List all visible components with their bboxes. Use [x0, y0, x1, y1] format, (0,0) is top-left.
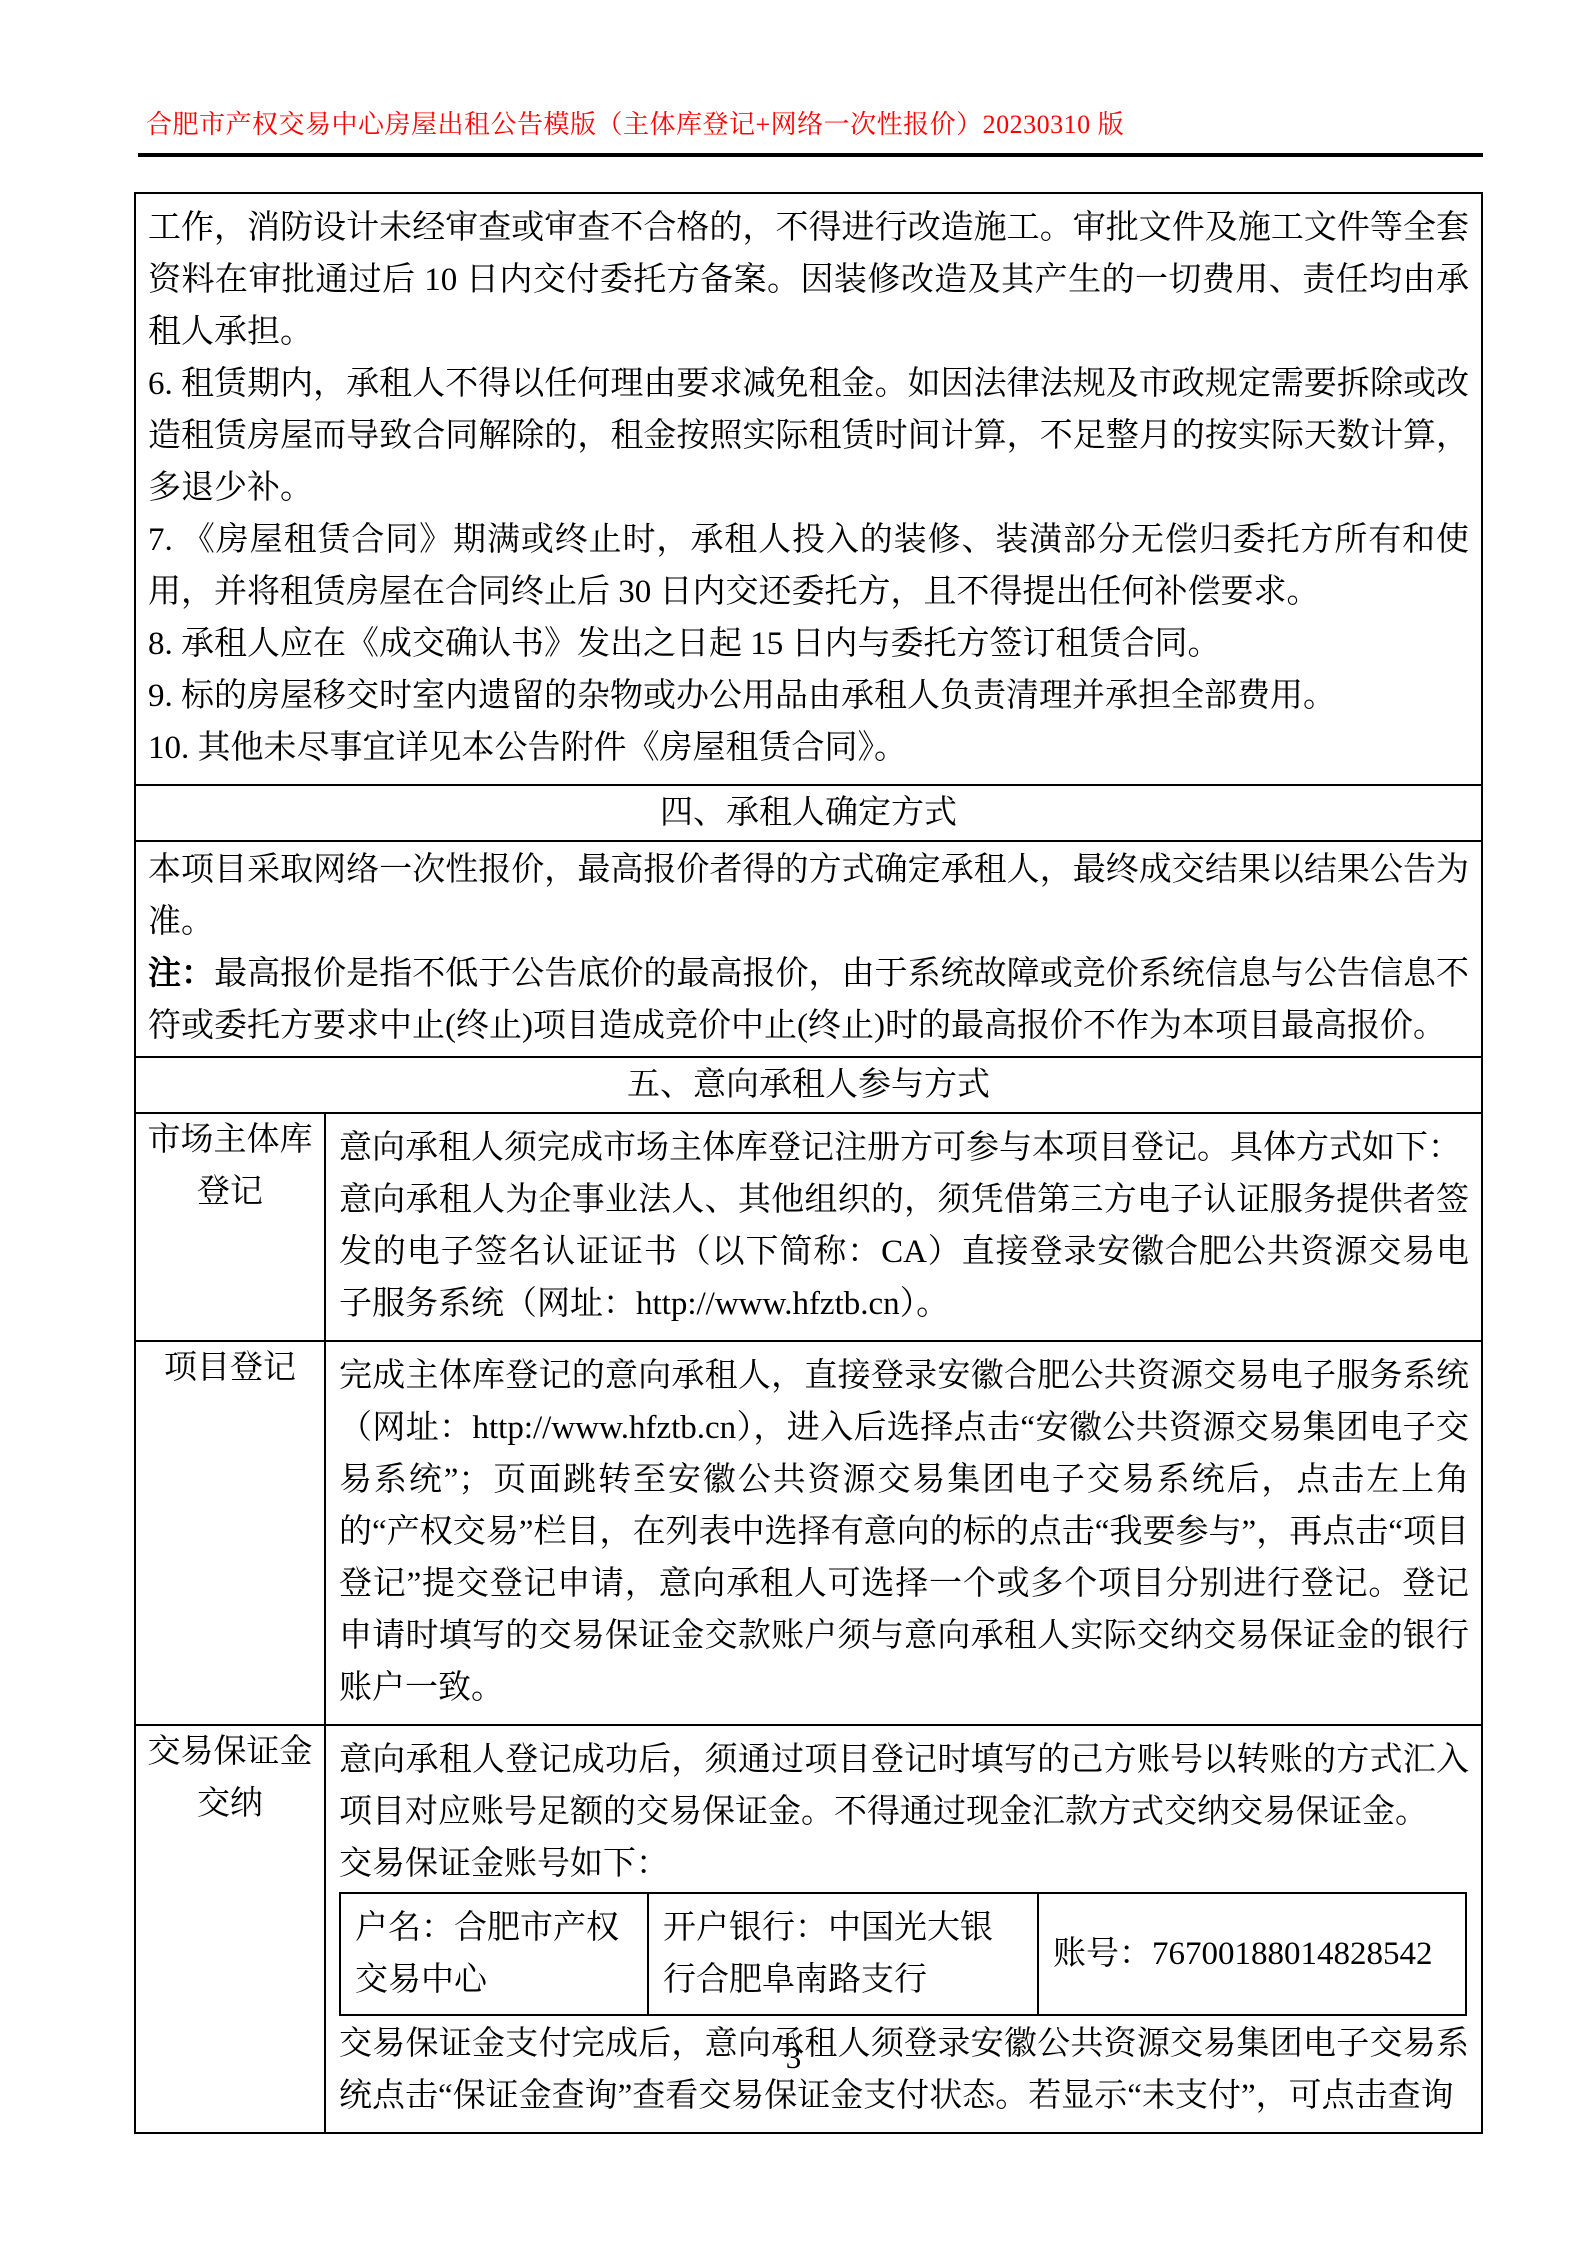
- bank-cell: 开户银行：中国光大银行合肥阜南路支行: [648, 1893, 1038, 2015]
- document-page: 合肥市产权交易中心房屋出租公告模版（主体库登记+网络一次性报价）20230310…: [0, 0, 1587, 2245]
- body-line: 本项目采取网络一次性报价，最高报价者得的方式确定承租人，最终成交结果以结果公告为…: [148, 852, 1469, 940]
- account-number-cell: 账号：76700188014828542: [1038, 1893, 1466, 2015]
- deposit-intro: 意向承租人登记成功后，须通过项目登记时填写的己方账号以转账的方式汇入项目对应账号…: [339, 1734, 1469, 1838]
- deposit-account-heading: 交易保证金账号如下：: [339, 1838, 1469, 1890]
- doc-title: 合肥市产权交易中心房屋出租公告模版（主体库登记+网络一次性报价）20230310…: [146, 110, 1124, 140]
- section-four-title: 四、承租人确定方式: [135, 785, 1482, 841]
- paragraph: 意向承租人须完成市场主体库登记注册方可参与本项目登记。具体方式如下：: [339, 1122, 1469, 1174]
- paragraph: 9. 标的房屋移交时室内遗留的杂物或办公用品由承租人负责清理并承担全部费用。: [148, 670, 1469, 722]
- main-table: 工作，消防设计未经审查或审查不合格的，不得进行改造施工。审批文件及施工文件等全套…: [134, 192, 1483, 2134]
- table-row: 工作，消防设计未经审查或审查不合格的，不得进行改造施工。审批文件及施工文件等全套…: [135, 193, 1482, 785]
- market-registration-content: 意向承租人须完成市场主体库登记注册方可参与本项目登记。具体方式如下： 意向承租人…: [325, 1113, 1482, 1341]
- paragraph: 工作，消防设计未经审查或审查不合格的，不得进行改造施工。审批文件及施工文件等全套…: [148, 202, 1469, 358]
- account-table: 户名：合肥市产权交易中心 开户银行：中国光大银行合肥阜南路支行 账号：76700…: [339, 1892, 1467, 2016]
- section-five-title: 五、意向承租人参与方式: [135, 1057, 1482, 1113]
- row-label-project-registration: 项目登记: [135, 1341, 325, 1725]
- paragraph: 8. 承租人应在《成交确认书》发出之日起 15 日内与委托方签订租赁合同。: [148, 618, 1469, 670]
- note-body: 最高报价是指不低于公告底价的最高报价，由于系统故障或竞价系统信息与公告信息不符或…: [148, 956, 1469, 1044]
- general-terms-cell: 工作，消防设计未经审查或审查不合格的，不得进行改造施工。审批文件及施工文件等全套…: [135, 193, 1482, 785]
- section-four-note: 注：最高报价是指不低于公告底价的最高报价，由于系统故障或竞价系统信息与公告信息不…: [148, 948, 1469, 1052]
- paragraph: 6. 租赁期内，承租人不得以任何理由要求减免租金。如因法律法规及市政规定需要拆除…: [148, 358, 1469, 514]
- table-row: 项目登记 完成主体库登记的意向承租人，直接登录安徽合肥公共资源交易电子服务系统（…: [135, 1341, 1482, 1725]
- title-underline: [138, 153, 1483, 157]
- paragraph: 7. 《房屋租赁合同》期满或终止时，承租人投入的装修、装潢部分无偿归委托方所有和…: [148, 514, 1469, 618]
- note-label: 注：: [148, 956, 214, 992]
- section-four-body-cell: 本项目采取网络一次性报价，最高报价者得的方式确定承租人，最终成交结果以结果公告为…: [135, 841, 1482, 1057]
- section-four-body: 本项目采取网络一次性报价，最高报价者得的方式确定承租人，最终成交结果以结果公告为…: [148, 844, 1469, 948]
- page-number: 3: [0, 2040, 1587, 2076]
- row-label-market-registration: 市场主体库登记: [135, 1113, 325, 1341]
- table-row: 本项目采取网络一次性报价，最高报价者得的方式确定承租人，最终成交结果以结果公告为…: [135, 841, 1482, 1057]
- paragraph: 完成主体库登记的意向承租人，直接登录安徽合肥公共资源交易电子服务系统（网址：ht…: [339, 1350, 1469, 1714]
- table-row: 四、承租人确定方式: [135, 785, 1482, 841]
- table-row: 户名：合肥市产权交易中心 开户银行：中国光大银行合肥阜南路支行 账号：76700…: [340, 1893, 1466, 2015]
- project-registration-content: 完成主体库登记的意向承租人，直接登录安徽合肥公共资源交易电子服务系统（网址：ht…: [325, 1341, 1482, 1725]
- paragraph: 意向承租人为企事业法人、其他组织的，须凭借第三方电子认证服务提供者签发的电子签名…: [339, 1174, 1469, 1330]
- paragraph: 10. 其他未尽事宜详见本公告附件《房屋租赁合同》。: [148, 722, 1469, 774]
- account-name-cell: 户名：合肥市产权交易中心: [340, 1893, 648, 2015]
- table-row: 五、意向承租人参与方式: [135, 1057, 1482, 1113]
- table-row: 市场主体库登记 意向承租人须完成市场主体库登记注册方可参与本项目登记。具体方式如…: [135, 1113, 1482, 1341]
